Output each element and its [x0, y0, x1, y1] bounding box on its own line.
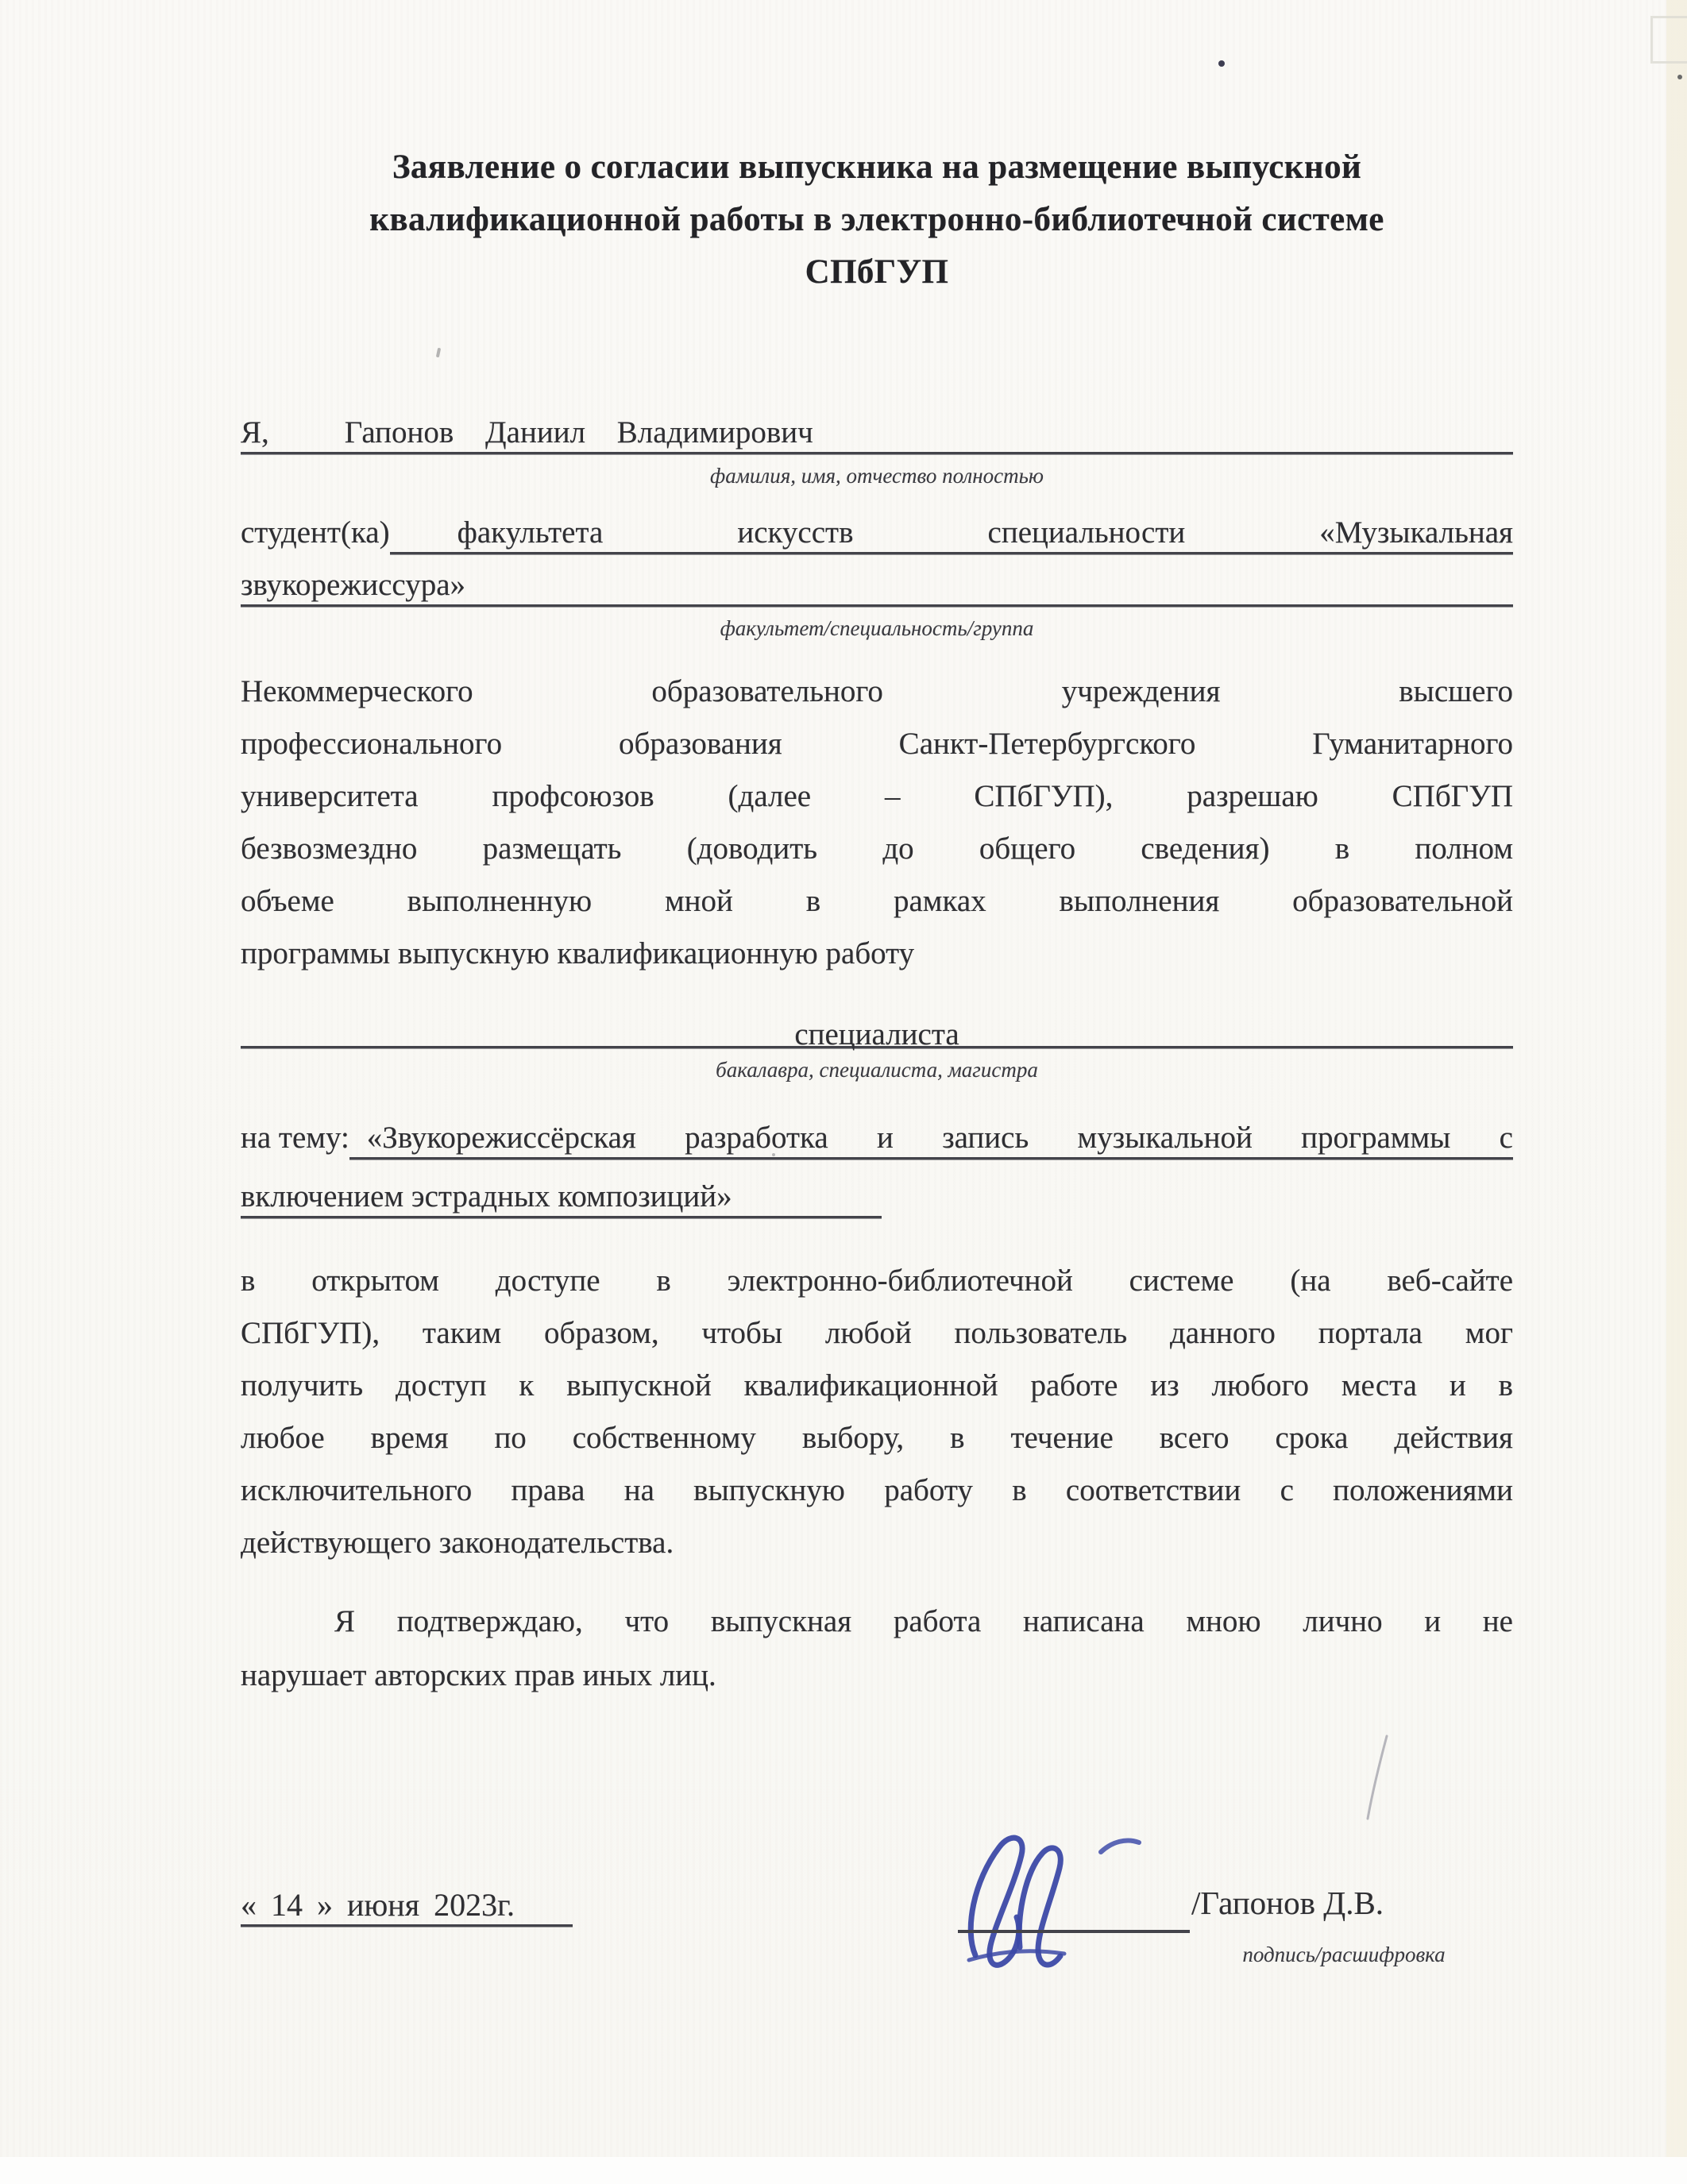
paragraph-line: Я подтверждаю, что выпускная работа напи…: [241, 1595, 1513, 1649]
topic-continuation-line: включением эстрадных композиций»: [241, 1171, 1513, 1220]
paragraph-line: университета профсоюзов (далее – СПбГУП)…: [241, 770, 1513, 823]
access-terms-paragraph: в открытом доступе в электронно-библиоте…: [241, 1255, 1513, 1569]
paragraph-line: Некоммерческого образовательного учрежде…: [241, 666, 1513, 718]
paragraph-line: объеме выполненную мной в рамках выполне…: [241, 875, 1513, 928]
scan-edge-right: [1666, 0, 1687, 2184]
date-line: « 14 » июня 2023г.: [241, 1884, 573, 1931]
document-title: Заявление о согласии выпускника на разме…: [241, 141, 1513, 299]
caption-full-name: фамилия, имя, отчество полностью: [241, 464, 1513, 488]
speciality-continuation-line: звукорежиссура»: [241, 564, 1513, 612]
faculty-speciality-value: факультета искусств специальности «Музык…: [390, 507, 1513, 559]
signature-name: /Гапонов Д.В.: [1191, 1884, 1384, 1922]
degree-line: специалиста: [241, 1009, 1513, 1053]
declarant-full-name: Гапонов Даниил Владимирович: [345, 407, 813, 459]
paragraph-line: в открытом доступе в электронно-библиоте…: [241, 1255, 1513, 1307]
permission-paragraph: Некоммерческого образовательного учрежде…: [241, 666, 1513, 980]
title-line-1: Заявление о согласии выпускника на разме…: [241, 141, 1513, 194]
topic-title-part1: «Звукорежиссёрская разработка и запись м…: [349, 1112, 1513, 1164]
caption-signature: подпись/расшифровка: [1204, 1943, 1484, 1967]
pen-flick-mark: [1360, 1733, 1395, 1822]
topic-title-part2: включением эстрадных композиций»: [241, 1174, 882, 1223]
signature-line: [958, 1930, 1190, 1933]
student-line: студент(ка) факультета искусств специаль…: [241, 511, 1513, 559]
paragraph-line: нарушает авторских прав иных лиц.: [241, 1649, 1513, 1703]
paragraph-line: любое время по собственному выбору, в те…: [241, 1412, 1513, 1464]
paragraph-line: действующего законодательства.: [241, 1517, 1513, 1569]
confirmation-paragraph: Я подтверждаю, что выпускная работа напи…: [241, 1595, 1513, 1703]
paragraph-line: безвозмездно размещать (доводить до обще…: [241, 823, 1513, 875]
scan-speck: [436, 348, 441, 358]
topic-prefix: на тему:: [241, 1112, 349, 1164]
paragraph-line: СПбГУП), таким образом, чтобы любой поль…: [241, 1307, 1513, 1360]
title-line-2: квалификационной работы в электронно-биб…: [241, 194, 1513, 246]
student-prefix: студент(ка): [241, 507, 390, 559]
scan-speck: [1677, 75, 1682, 79]
scan-artifact-corner: [1650, 16, 1687, 64]
paragraph-line: получить доступ к выпускной квалификацио…: [241, 1360, 1513, 1412]
scan-edge-bottom: [0, 2157, 1687, 2184]
caption-degree-options: бакалавра, специалиста, магистра: [241, 1058, 1513, 1082]
paragraph-line: программы выпускную квалификационную раб…: [241, 928, 1513, 980]
declarant-name-line: Я, Гапонов Даниил Владимирович: [241, 416, 1513, 459]
paragraph-line: профессионального образования Санкт-Пете…: [241, 718, 1513, 770]
scan-speck: [1218, 60, 1225, 67]
speciality-continuation: звукорежиссура»: [241, 559, 465, 612]
date-value: « 14 » июня 2023г.: [241, 1879, 515, 1931]
title-line-3: СПбГУП: [241, 246, 1513, 299]
declarant-prefix: Я,: [241, 407, 269, 459]
degree-value: специалиста: [794, 1017, 959, 1051]
scanned-document-page: Заявление о согласии выпускника на разме…: [0, 0, 1687, 2184]
caption-faculty-speciality-group: факультет/специальность/группа: [241, 616, 1513, 641]
paragraph-line: исключительного права на выпускную работ…: [241, 1464, 1513, 1517]
signature-scribble: [945, 1819, 1183, 1978]
topic-line: на тему: «Звукорежиссёрская разработка и…: [241, 1117, 1513, 1164]
